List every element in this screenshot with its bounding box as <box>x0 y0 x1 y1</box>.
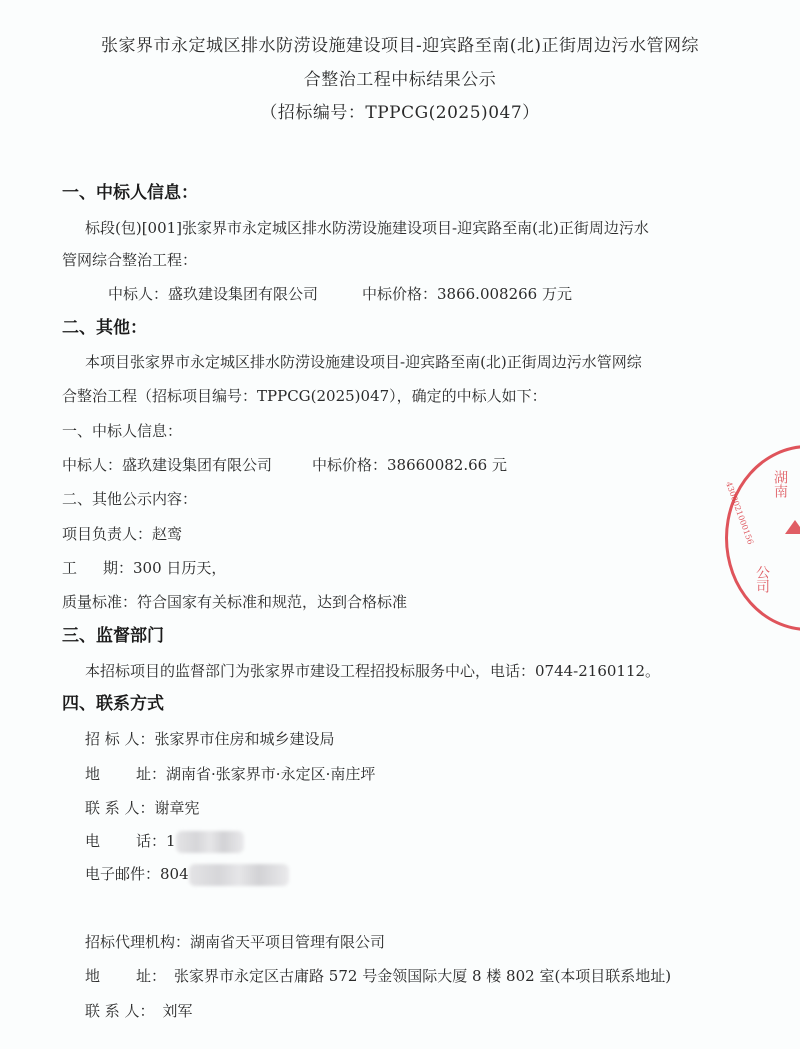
section-2-winner: 中标人：盛玖建设集团有限公司 <box>62 455 272 475</box>
section-2-para-line-2: 合整治工程（招标项目编号：TPPCG(2025)047），确定的中标人如下： <box>62 386 547 406</box>
section-4-heading: 四、联系方式 <box>62 694 164 714</box>
phone-label-2: 话： <box>136 832 166 850</box>
section-1-para-line-1: 标段(包)[001]张家界市永定城区排水防涝设施建设项目-迎宾路至南(北)正街周… <box>85 218 649 238</box>
period-label: 工 <box>62 558 77 578</box>
tenderer-value: 张家界市住房和城乡建设局 <box>155 730 335 748</box>
agency-address-label-2: 址： <box>136 967 166 985</box>
agency-contact-row: 联 系 人：刘军 <box>85 1001 193 1021</box>
agency-contact-label: 联 系 人： <box>85 1002 155 1020</box>
period-value: 期：300 日历天， <box>103 558 226 578</box>
title-line-1: 张家界市永定城区排水防涝设施建设项目-迎宾路至南(北)正街周边污水管网综 <box>0 36 800 56</box>
agency-row: 招标代理机构：湖南省天平项目管理有限公司 <box>85 932 385 952</box>
project-manager: 项目负责人：赵鸾 <box>62 524 182 544</box>
email-row: 电子邮件：804 <box>85 864 289 886</box>
section-2-sub-2: 二、其他公示内容： <box>62 489 197 509</box>
tenderer-row: 招 标 人：张家界市住房和城乡建设局 <box>85 729 335 749</box>
phone-row: 电话：1 <box>85 831 244 853</box>
section-2-heading: 二、其他： <box>62 318 147 338</box>
section-1-winner: 中标人：盛玖建设集团有限公司 <box>108 284 318 304</box>
email-value-visible: 804 <box>160 865 189 883</box>
address-label-1: 地 <box>85 765 100 783</box>
address-label-2: 址： <box>136 765 166 783</box>
email-label: 电子邮件： <box>85 865 160 883</box>
agency-address-label-1: 地 <box>85 967 100 985</box>
phone-label-1: 电 <box>85 832 100 850</box>
section-2-sub-1: 一、中标人信息： <box>62 421 182 441</box>
title-line-3: （招标编号：TPPCG(2025)047） <box>0 103 800 123</box>
seal-text-2: 公司 <box>752 565 772 593</box>
seal-star-icon <box>785 520 800 534</box>
section-2-para-line-1: 本项目张家界市永定城区排水防涝设施建设项目-迎宾路至南(北)正街周边污水管网综 <box>85 352 642 372</box>
redacted-email <box>189 864 289 886</box>
address-row: 地址：湖南省·张家界市·永定区·南庄坪 <box>85 764 375 784</box>
agency-value: 湖南省天平项目管理有限公司 <box>190 933 385 951</box>
address-value: 湖南省·张家界市·永定区·南庄坪 <box>166 765 375 783</box>
contact-label: 联 系 人： <box>85 799 155 817</box>
section-1-heading: 一、中标人信息： <box>62 183 198 203</box>
contact-value: 谢章宪 <box>155 799 200 817</box>
section-1-price: 中标价格：3866.008266 万元 <box>362 284 572 304</box>
title-line-2: 合整治工程中标结果公示 <box>0 70 800 90</box>
section-3-para: 本招标项目的监督部门为张家界市建设工程招投标服务中心，电话：0744-21601… <box>85 661 660 681</box>
agency-address-value: 张家界市永定区古庸路 572 号金领国际大厦 8 楼 802 室(本项目联系地址… <box>174 967 671 985</box>
contact-row: 联 系 人：谢章宪 <box>85 798 200 818</box>
tenderer-label: 招 标 人： <box>85 730 155 748</box>
phone-value-visible: 1 <box>166 832 176 850</box>
section-2-price: 中标价格：38660082.66 元 <box>312 455 507 475</box>
seal-text: 湖南 <box>770 470 790 498</box>
redacted-phone <box>176 831 244 853</box>
quality-standard: 质量标准：符合国家有关标准和规范，达到合格标准 <box>62 592 407 612</box>
document-page: 张家界市永定城区排水防涝设施建设项目-迎宾路至南(北)正街周边污水管网综 合整治… <box>0 0 800 1049</box>
agency-label: 招标代理机构： <box>85 933 190 951</box>
agency-contact-value: 刘军 <box>163 1002 193 1020</box>
agency-address-row: 地址：张家界市永定区古庸路 572 号金领国际大厦 8 楼 802 室(本项目联… <box>85 966 671 986</box>
section-1-para-line-2: 管网综合整治工程： <box>62 250 197 270</box>
section-3-heading: 三、监督部门 <box>62 626 164 646</box>
